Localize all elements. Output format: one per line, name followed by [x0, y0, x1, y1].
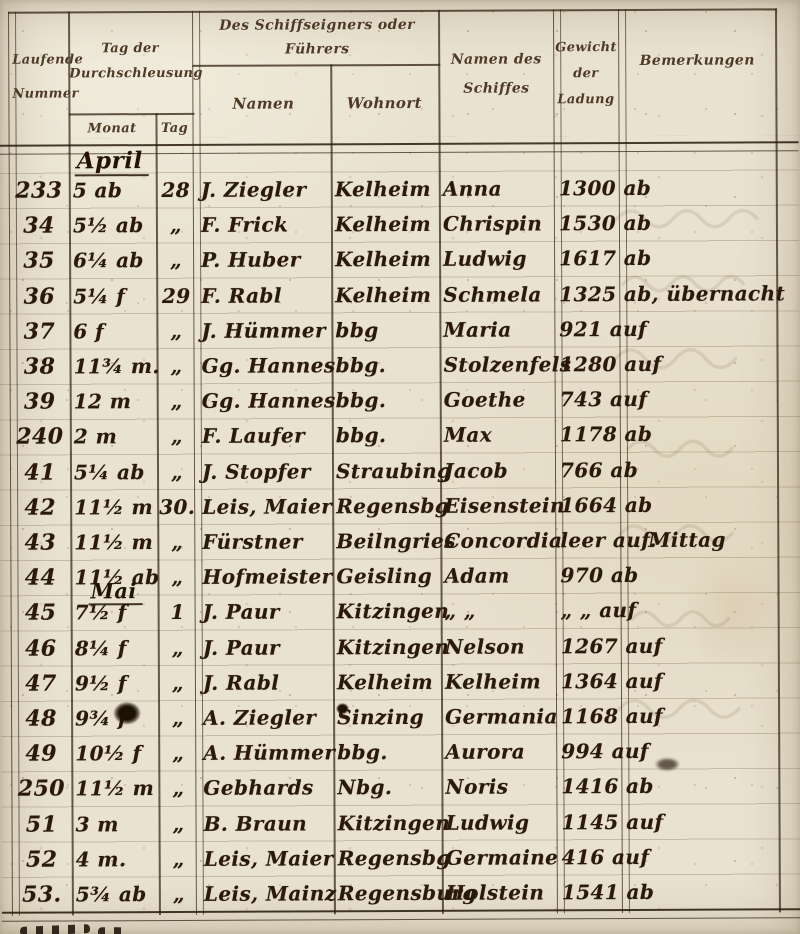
- cell-ladung: „ „ auf: [561, 593, 637, 627]
- cell-schiffsname: Holstein: [446, 875, 545, 909]
- cell-ladung: 1325 ab, übernacht: [559, 276, 785, 311]
- cell-tag: 28: [157, 173, 195, 207]
- cell-ladung: 921 auf: [559, 312, 647, 346]
- cell-schiffer-name: A. Hümmer: [203, 735, 335, 770]
- cell-wohnort: bbg.: [337, 735, 388, 769]
- ink-smudge: [651, 756, 683, 773]
- cell-uhrzeit: 5¾ ab: [76, 877, 160, 911]
- cell-ladung: 743 auf: [560, 382, 648, 416]
- cell-ladung: 1530 ab: [559, 206, 652, 240]
- cell-uhrzeit: 10½ f: [75, 736, 159, 770]
- table-body: 233 5 ab 28 J. Ziegler Kelheim Anna 1300…: [0, 0, 798, 2]
- cell-tag: „: [159, 806, 197, 840]
- cell-schiffer-name: Hofmeister: [202, 559, 332, 594]
- cell-wohnort: Geisling: [336, 559, 432, 593]
- cell-wohnort: Kelheim: [337, 665, 433, 699]
- cell-schiffsname: Nelson: [445, 629, 525, 663]
- cutoff-writing-marks: [20, 924, 90, 934]
- month-label-april: April: [75, 147, 149, 176]
- cell-uhrzeit: 11½ m: [75, 771, 159, 805]
- cutoff-writing-marks: [98, 927, 124, 934]
- cell-laufende-nummer: 46: [15, 631, 67, 665]
- cell-tag: „: [159, 771, 197, 805]
- cell-uhrzeit: 5¼ f: [73, 279, 157, 313]
- cell-tag: „: [157, 314, 195, 348]
- cell-schiffer-name: J. Rabl: [203, 665, 279, 699]
- cell-schiffer-name: Fürstner: [202, 524, 303, 558]
- cell-laufende-nummer: 49: [15, 737, 67, 771]
- cell-uhrzeit: 6¼ ab: [73, 243, 157, 277]
- cell-wohnort: Kelheim: [335, 242, 431, 276]
- cell-schiffsname: Maria: [443, 312, 511, 346]
- cell-laufende-nummer: 53.: [16, 877, 68, 911]
- table-row: 52 4 m. „ Leis, Maier Regensbg Germaine …: [2, 839, 800, 878]
- cell-schiffsname: Concordia: [444, 523, 562, 558]
- header-gewicht-der-ladung: Gewicht der Ladung: [555, 13, 617, 135]
- cell-schiffsname: Max: [444, 418, 492, 452]
- cell-tag: „: [160, 842, 198, 876]
- cell-ladung: 1267 auf: [561, 628, 663, 662]
- cell-laufende-nummer: 34: [13, 209, 65, 243]
- cell-laufende-nummer: 41: [14, 455, 66, 489]
- cell-schiffsname: Germaine: [446, 840, 559, 874]
- cell-ladung: 1541 ab: [562, 875, 655, 909]
- cell-schiffsname: Adam: [444, 559, 509, 593]
- cell-tag: „: [158, 419, 196, 453]
- table-row: 42 11½ m 30. Leis, Maier Regensbg Eisens…: [0, 487, 800, 526]
- cell-schiffer-name: J. Paur: [203, 630, 280, 664]
- cell-tag: „: [157, 208, 195, 242]
- cell-uhrzeit: 2 m: [74, 419, 158, 453]
- table-row: 34 5½ ab „ F. Frick Kelheim Chrispin 153…: [0, 205, 799, 244]
- cell-schiffer-name: Leis, Mainz: [204, 876, 337, 911]
- cell-schiffsname: Germania: [445, 699, 558, 733]
- cell-wohnort: Kitzingen: [337, 629, 450, 663]
- cell-laufende-nummer: 47: [15, 666, 67, 700]
- cell-ladung: 1617 ab: [559, 241, 652, 275]
- table-row: 35 6¼ ab „ P. Huber Kelheim Ludwig 1617 …: [0, 241, 799, 280]
- cell-laufende-nummer: 48: [15, 701, 67, 735]
- cell-schiffsname: Anna: [443, 172, 502, 206]
- ledger-table: Laufende Nummer Tag der Durchschleusung …: [0, 0, 800, 934]
- cell-uhrzeit: 12 m: [74, 384, 158, 418]
- cell-uhrzeit: 5 ab: [73, 173, 157, 207]
- header-schiffseigner: Des Schiffseigners oder Führers: [198, 13, 436, 64]
- cell-ladung: 994 auf: [561, 734, 649, 768]
- cell-tag: 30.: [158, 490, 196, 524]
- cell-schiffsname: Stolzenfels: [443, 347, 571, 382]
- cell-laufende-nummer: 36: [13, 279, 65, 313]
- cell-wohnort: Kitzingen: [337, 594, 450, 628]
- header-wohnort: Wohnort: [332, 66, 436, 140]
- table-row: 250 11½ m „ Gebhards Nbg. Noris 1416 ab: [1, 769, 800, 808]
- cell-tag: „: [159, 666, 197, 700]
- table-row: 47 9½ f „ J. Rabl Kelheim Kelheim 1364 a…: [1, 663, 800, 702]
- cell-tag: „: [159, 701, 197, 735]
- cell-uhrzeit: 11¾ m.: [73, 349, 157, 383]
- cell-tag: „: [159, 630, 197, 664]
- cell-uhrzeit: 6 f: [73, 314, 157, 348]
- cell-laufende-nummer: 233: [13, 173, 65, 207]
- cell-tag: 29: [157, 278, 195, 312]
- cell-wohnort: Regensbg: [338, 841, 451, 875]
- cell-schiffer-name: J. Ziegler: [201, 172, 307, 206]
- cell-bemerkung: Mittag: [648, 523, 726, 557]
- cell-ladung: 970 ab: [560, 558, 638, 592]
- cell-laufende-nummer: 38: [13, 349, 65, 383]
- cell-schiffer-name: F. Frick: [201, 208, 288, 242]
- header-laufende-nummer: Laufende Nummer: [12, 15, 67, 139]
- cell-schiffer-name: Leis, Maier: [202, 489, 332, 524]
- cell-tag: „: [157, 349, 195, 383]
- cell-laufende-nummer: 250: [15, 772, 67, 806]
- cell-ladung: 1300 ab: [559, 171, 652, 205]
- cell-wohnort: Kelheim: [335, 277, 431, 311]
- table-row: 36 5¼ f 29 F. Rabl Kelheim Schmela 1325 …: [0, 276, 799, 315]
- cell-uhrzeit: 3 m: [75, 807, 159, 841]
- cell-uhrzeit: 9½ f: [75, 666, 159, 700]
- ledger-page: Laufende Nummer Tag der Durchschleusung …: [0, 0, 800, 934]
- cell-schiffsname: Schmela: [443, 277, 542, 311]
- cell-ladung: 766 ab: [560, 453, 638, 487]
- header-bemerkungen: Bemerkungen: [621, 12, 773, 109]
- cell-tag: „: [160, 877, 198, 911]
- cell-laufende-nummer: 35: [13, 244, 65, 278]
- table-row: 233 5 ab 28 J. Ziegler Kelheim Anna 1300…: [0, 170, 799, 209]
- table-row: 37 6 f „ J. Hümmer bbg Maria 921 auf: [0, 311, 799, 350]
- cell-laufende-nummer: 52: [16, 842, 68, 876]
- cell-wohnort: Regensbg: [336, 489, 449, 523]
- cell-laufende-nummer: 51: [15, 807, 67, 841]
- cell-ladung: 416 auf: [562, 840, 650, 874]
- cell-ladung: leer auf.: [560, 523, 657, 557]
- cell-tag: „: [158, 454, 196, 488]
- cell-schiffsname: „ „: [445, 594, 476, 628]
- cell-tag: „: [158, 560, 196, 594]
- table-row: 39 12 m „ Gg. Hannes bbg. Goethe 743 auf: [0, 381, 800, 420]
- cell-wohnort: Straubing: [336, 453, 452, 488]
- cell-wohnort: bbg.: [336, 383, 387, 417]
- cell-wohnort: Beilngries: [336, 524, 456, 559]
- cell-laufende-nummer: 37: [13, 314, 65, 348]
- cell-schiffer-name: J. Paur: [203, 595, 280, 629]
- cell-schiffsname: Aurora: [445, 735, 525, 769]
- cell-schiffer-name: J. Stopfer: [202, 454, 311, 488]
- cell-schiffer-name: F. Laufer: [202, 419, 305, 453]
- cell-schiffsname: Goethe: [444, 383, 526, 417]
- month-label-mai: Mai: [88, 578, 142, 605]
- table-row: 53. 5¾ ab „ Leis, Mainz Regensburg Holst…: [2, 874, 800, 913]
- cell-uhrzeit: 5¼ ab: [74, 455, 158, 489]
- cell-tag: „: [159, 736, 197, 770]
- header-tag: Tag: [156, 114, 192, 143]
- cell-schiffsname: Ludwig: [443, 242, 527, 276]
- cell-wohnort: bbg: [335, 313, 378, 347]
- ink-blot: [334, 701, 351, 716]
- cell-laufende-nummer: 240: [14, 420, 66, 454]
- cell-schiffer-name: F. Rabl: [201, 278, 282, 312]
- cell-laufende-nummer: 45: [15, 596, 67, 630]
- cell-laufende-nummer: 39: [14, 385, 66, 419]
- cell-laufende-nummer: 43: [14, 525, 66, 559]
- cell-schiffsname: Kelheim: [445, 664, 541, 698]
- header-monat: Monat: [69, 114, 154, 143]
- table-row: 240 2 m „ F. Laufer bbg. Max 1178 ab: [0, 417, 800, 456]
- cell-tag: „: [158, 525, 196, 559]
- cell-wohnort: Nbg.: [337, 770, 392, 804]
- cell-wohnort: Kelheim: [335, 172, 431, 206]
- cell-schiffer-name: Gebhards: [203, 771, 313, 805]
- cell-schiffsname: Chrispin: [443, 207, 542, 241]
- cell-ladung: 1416 ab: [561, 769, 654, 803]
- cell-tag: „: [158, 384, 196, 418]
- cell-schiffsname: Jacob: [444, 453, 508, 487]
- cell-ladung: 1178 ab: [560, 417, 653, 451]
- cell-wohnort: bbg.: [335, 348, 386, 382]
- cell-uhrzeit: 8¼ f: [75, 631, 159, 665]
- cell-ladung: 1364 auf: [561, 664, 663, 698]
- cell-uhrzeit: 4 m.: [76, 842, 160, 876]
- cell-ladung: 1280 auf: [559, 347, 661, 381]
- cell-laufende-nummer: 42: [14, 490, 66, 524]
- cell-schiffer-name: P. Huber: [201, 243, 301, 277]
- cell-schiffer-name: Gg. Hannes: [201, 348, 335, 383]
- cell-wohnort: Kitzingen: [337, 805, 450, 839]
- table-row: 51 3 m „ B. Braun Kitzingen Ludwig 1145 …: [1, 804, 800, 843]
- cell-tag: 1: [159, 595, 197, 629]
- cell-schiffer-name: J. Hümmer: [201, 313, 326, 348]
- cell-laufende-nummer: 44: [14, 561, 66, 595]
- cell-schiffsname: Noris: [445, 770, 508, 804]
- cell-schiffer-name: Gg. Hannes: [202, 383, 336, 418]
- cell-uhrzeit: 11½ m: [74, 490, 158, 524]
- table-row: 41 5¼ ab „ J. Stopfer Straubing Jacob 76…: [0, 452, 800, 491]
- cell-schiffer-name: B. Braun: [203, 806, 307, 840]
- cell-ladung: 1145 auf: [561, 804, 663, 838]
- cell-schiffer-name: A. Ziegler: [203, 700, 316, 734]
- cell-uhrzeit: 11½ m: [74, 525, 158, 559]
- cell-schiffsname: Ludwig: [445, 805, 529, 839]
- header-namen: Namen: [198, 66, 328, 141]
- cell-ladung: 1664 ab: [560, 488, 653, 522]
- header-namen-des-schiffes: Namen des Schiffes: [441, 13, 552, 135]
- cell-wohnort: bbg.: [336, 418, 387, 452]
- header-tag-der-durchschleusung: Tag der Durchschleusung: [69, 15, 191, 110]
- table-row: 38 11¾ m. „ Gg. Hannes bbg. Stolzenfels …: [0, 346, 800, 385]
- table-row: 46 8¼ f „ J. Paur Kitzingen Nelson 1267 …: [1, 628, 800, 667]
- cell-tag: „: [157, 243, 195, 277]
- cell-ladung: 1168 auf: [561, 699, 663, 733]
- cell-uhrzeit: 5½ ab: [73, 208, 157, 242]
- cell-wohnort: Kelheim: [335, 207, 431, 241]
- cell-schiffer-name: Leis, Maier: [204, 841, 334, 876]
- cell-schiffsname: Eisenstein: [444, 488, 565, 523]
- table-row: 43 11½ m „ Fürstner Beilngries Concordia…: [0, 522, 800, 561]
